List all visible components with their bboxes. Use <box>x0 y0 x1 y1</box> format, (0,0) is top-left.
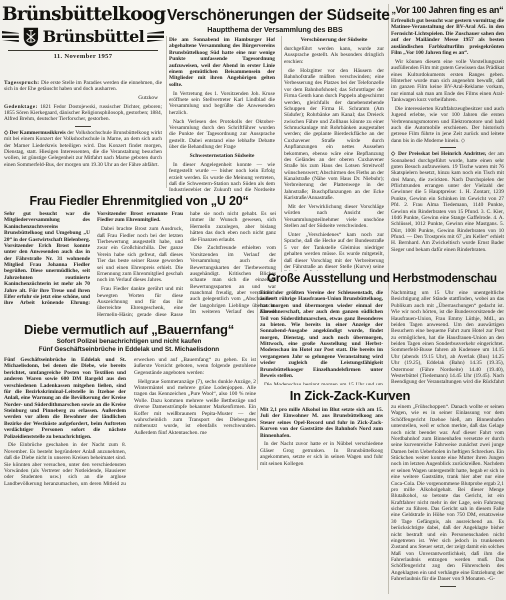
diebe-headline: Diebe vermutlich auf „Bauernfang“ <box>2 322 256 337</box>
ausstellung-col1: Einer der größten Vereine der Schleusens… <box>260 290 383 385</box>
paragraph: Fünf Geschäftseinbrüche in Eddelak und S… <box>4 357 126 440</box>
film-article: Erfreulich gut besucht war gestern vormi… <box>391 18 504 256</box>
main-subhead: Hauptthema der Versammlung des BBS <box>167 25 383 34</box>
crosshead: Schwesternstation Südseite <box>169 153 275 160</box>
preisskat-lead: ◇ Der Preisskat bei Heinrich Andritter, <box>391 151 486 157</box>
paragraph: Einer der größten Vereine der Schleusens… <box>260 290 383 379</box>
paragraph: In dieser Angelegenheit konnte — wie fes… <box>169 162 275 191</box>
paragraph: Mit der Verwirklichung dieser Vorschläge… <box>284 204 384 230</box>
issue-date: 11. November 1957 <box>2 53 164 60</box>
paragraph: Nachmittag um 15 Uhr eine unentgeltliche… <box>391 290 504 386</box>
paragraph: Die am Sonnabend im Hamburger Hof abgeha… <box>169 37 275 88</box>
diebe-article: Fünf Geschäftseinbrüche in Eddelak und S… <box>4 357 256 487</box>
paragraph: zu einem „Frühschoppen“. Danach wollte e… <box>391 404 504 583</box>
column-rule <box>388 4 389 594</box>
ausstellung-col2: Nachmittag um 15 Uhr eine unentgeltliche… <box>391 290 504 386</box>
zickzack-col2: zu einem „Frühschoppen“. Danach wollte e… <box>391 404 504 596</box>
section-divider <box>75 126 91 127</box>
kammermusik-text: der Volkshochschule Brunsbüttelkoog wirk… <box>4 130 162 168</box>
tagesspruch-author: Gutzkow <box>4 95 158 101</box>
tagesspruch-paragraph: Tagesspruch: Die erste Stelle im Paradie… <box>4 80 162 93</box>
kammermusik-paragraph: ◇ Der Kammermusikkreis der Volkshochschu… <box>4 130 162 168</box>
paragraph: Hellgraue Sommeranzüge (7), sechs dunkle… <box>134 379 256 436</box>
local-notes-column: Tagesspruch: Die erste Stelle im Paradie… <box>4 80 162 192</box>
fiedler-article: Sehr gut besucht war die Mitgliederversa… <box>4 211 276 319</box>
paragraph: Die interessierten Kraftfahrzeugbesitzer… <box>391 106 504 144</box>
section-divider <box>440 147 456 148</box>
paragraph: In Vertretung des 1. Vorsitzenden Joh. K… <box>169 91 275 117</box>
masthead: Brünsbüttelkoog Brünsbüttel 11. November… <box>2 6 164 60</box>
fiedler-headline: Frau Fiedler Ehrenmitglied von „U 20“ <box>2 194 276 208</box>
crosshead: Verschönerung der Südseite <box>284 37 384 44</box>
main-headline: Verschönerungen der Südseite <box>167 7 383 25</box>
paragraph: Dabei brachte Brost zum Ausdruck, daß Fr… <box>97 226 183 283</box>
column-rule <box>257 408 258 470</box>
gedenktage-paragraph: Gedenktage: 1821 Fedor Dostojewski, russ… <box>4 104 162 123</box>
ausstellung-headline: Große Ausstellung und Herbstmodenschau <box>258 273 506 285</box>
gedenktage-label: Gedenktage: <box>4 104 38 110</box>
preisskat-text: der am Sonnabend durchgeführt wurde, hat… <box>391 151 504 253</box>
diebe-subhead-2: Fünf Geschäftseinbrüche in Eddelak und S… <box>2 346 256 353</box>
main-article-col1: Die am Sonnabend im Hamburger Hof abgeha… <box>169 37 275 191</box>
newspaper-page: Brünsbüttelkoog Brünsbüttel 11. November… <box>0 0 506 600</box>
right-column: „Vor 100 Jahren fing es an“ Erfreulich g… <box>391 5 504 256</box>
paragraph: Unter „Verschiedenes“ kam noch zur Sprac… <box>284 232 384 271</box>
end-rule <box>440 586 456 587</box>
paragraph: Erfreulich gut besucht war gestern vormi… <box>391 18 504 56</box>
masthead-rule <box>8 50 158 51</box>
column-rule <box>166 36 167 188</box>
ornament-right-icon <box>147 31 164 42</box>
paragraph: Die Modenschau beginnt morgen um 15 Uhr … <box>260 382 383 385</box>
paragraph: durchgeführt werden kann, wurde zur Auss… <box>284 46 384 65</box>
kammermusik-lead: ◇ Der Kammermusikkreis <box>4 130 66 136</box>
ornament-left-icon <box>2 31 19 42</box>
paragraph: die Holzgitter vor den Häusern der Bahnh… <box>284 68 384 202</box>
paragraph: Wir können diesem eine volle Vorstellung… <box>391 59 504 104</box>
main-article-col2: Verschönerung der Südseite durchgeführt … <box>284 37 384 271</box>
zickzack-headline: In Zick-Zack-Kurven <box>258 388 442 403</box>
masthead-title-top: Brünsbüttelkoog <box>2 6 164 25</box>
paragraph: In der Nacht zuvor hatte er in Nübbel ve… <box>260 441 383 467</box>
paragraph: Nach Verlesen des Protokolls der Oktober… <box>169 119 275 151</box>
film-headline: „Vor 100 Jahren fing es an“ <box>391 5 504 15</box>
masthead-title-bottom: Brünsbüttel <box>43 29 145 45</box>
tagesspruch-label: Tagesspruch: <box>4 80 39 86</box>
paragraph: Mit 2,1 pro mille Alkohol im Blut setzte… <box>260 407 383 439</box>
column-rule <box>281 36 282 272</box>
preisskat-paragraph: ◇ Der Preisskat bei Heinrich Andritter, … <box>391 151 504 253</box>
zickzack-col1: Mit 2,1 pro mille Alkohol im Blut setzte… <box>260 407 383 479</box>
diebe-subhead-1: Sofort Polizei benachrichtigen und nicht… <box>2 338 256 345</box>
coat-of-arms-icon <box>22 27 40 47</box>
